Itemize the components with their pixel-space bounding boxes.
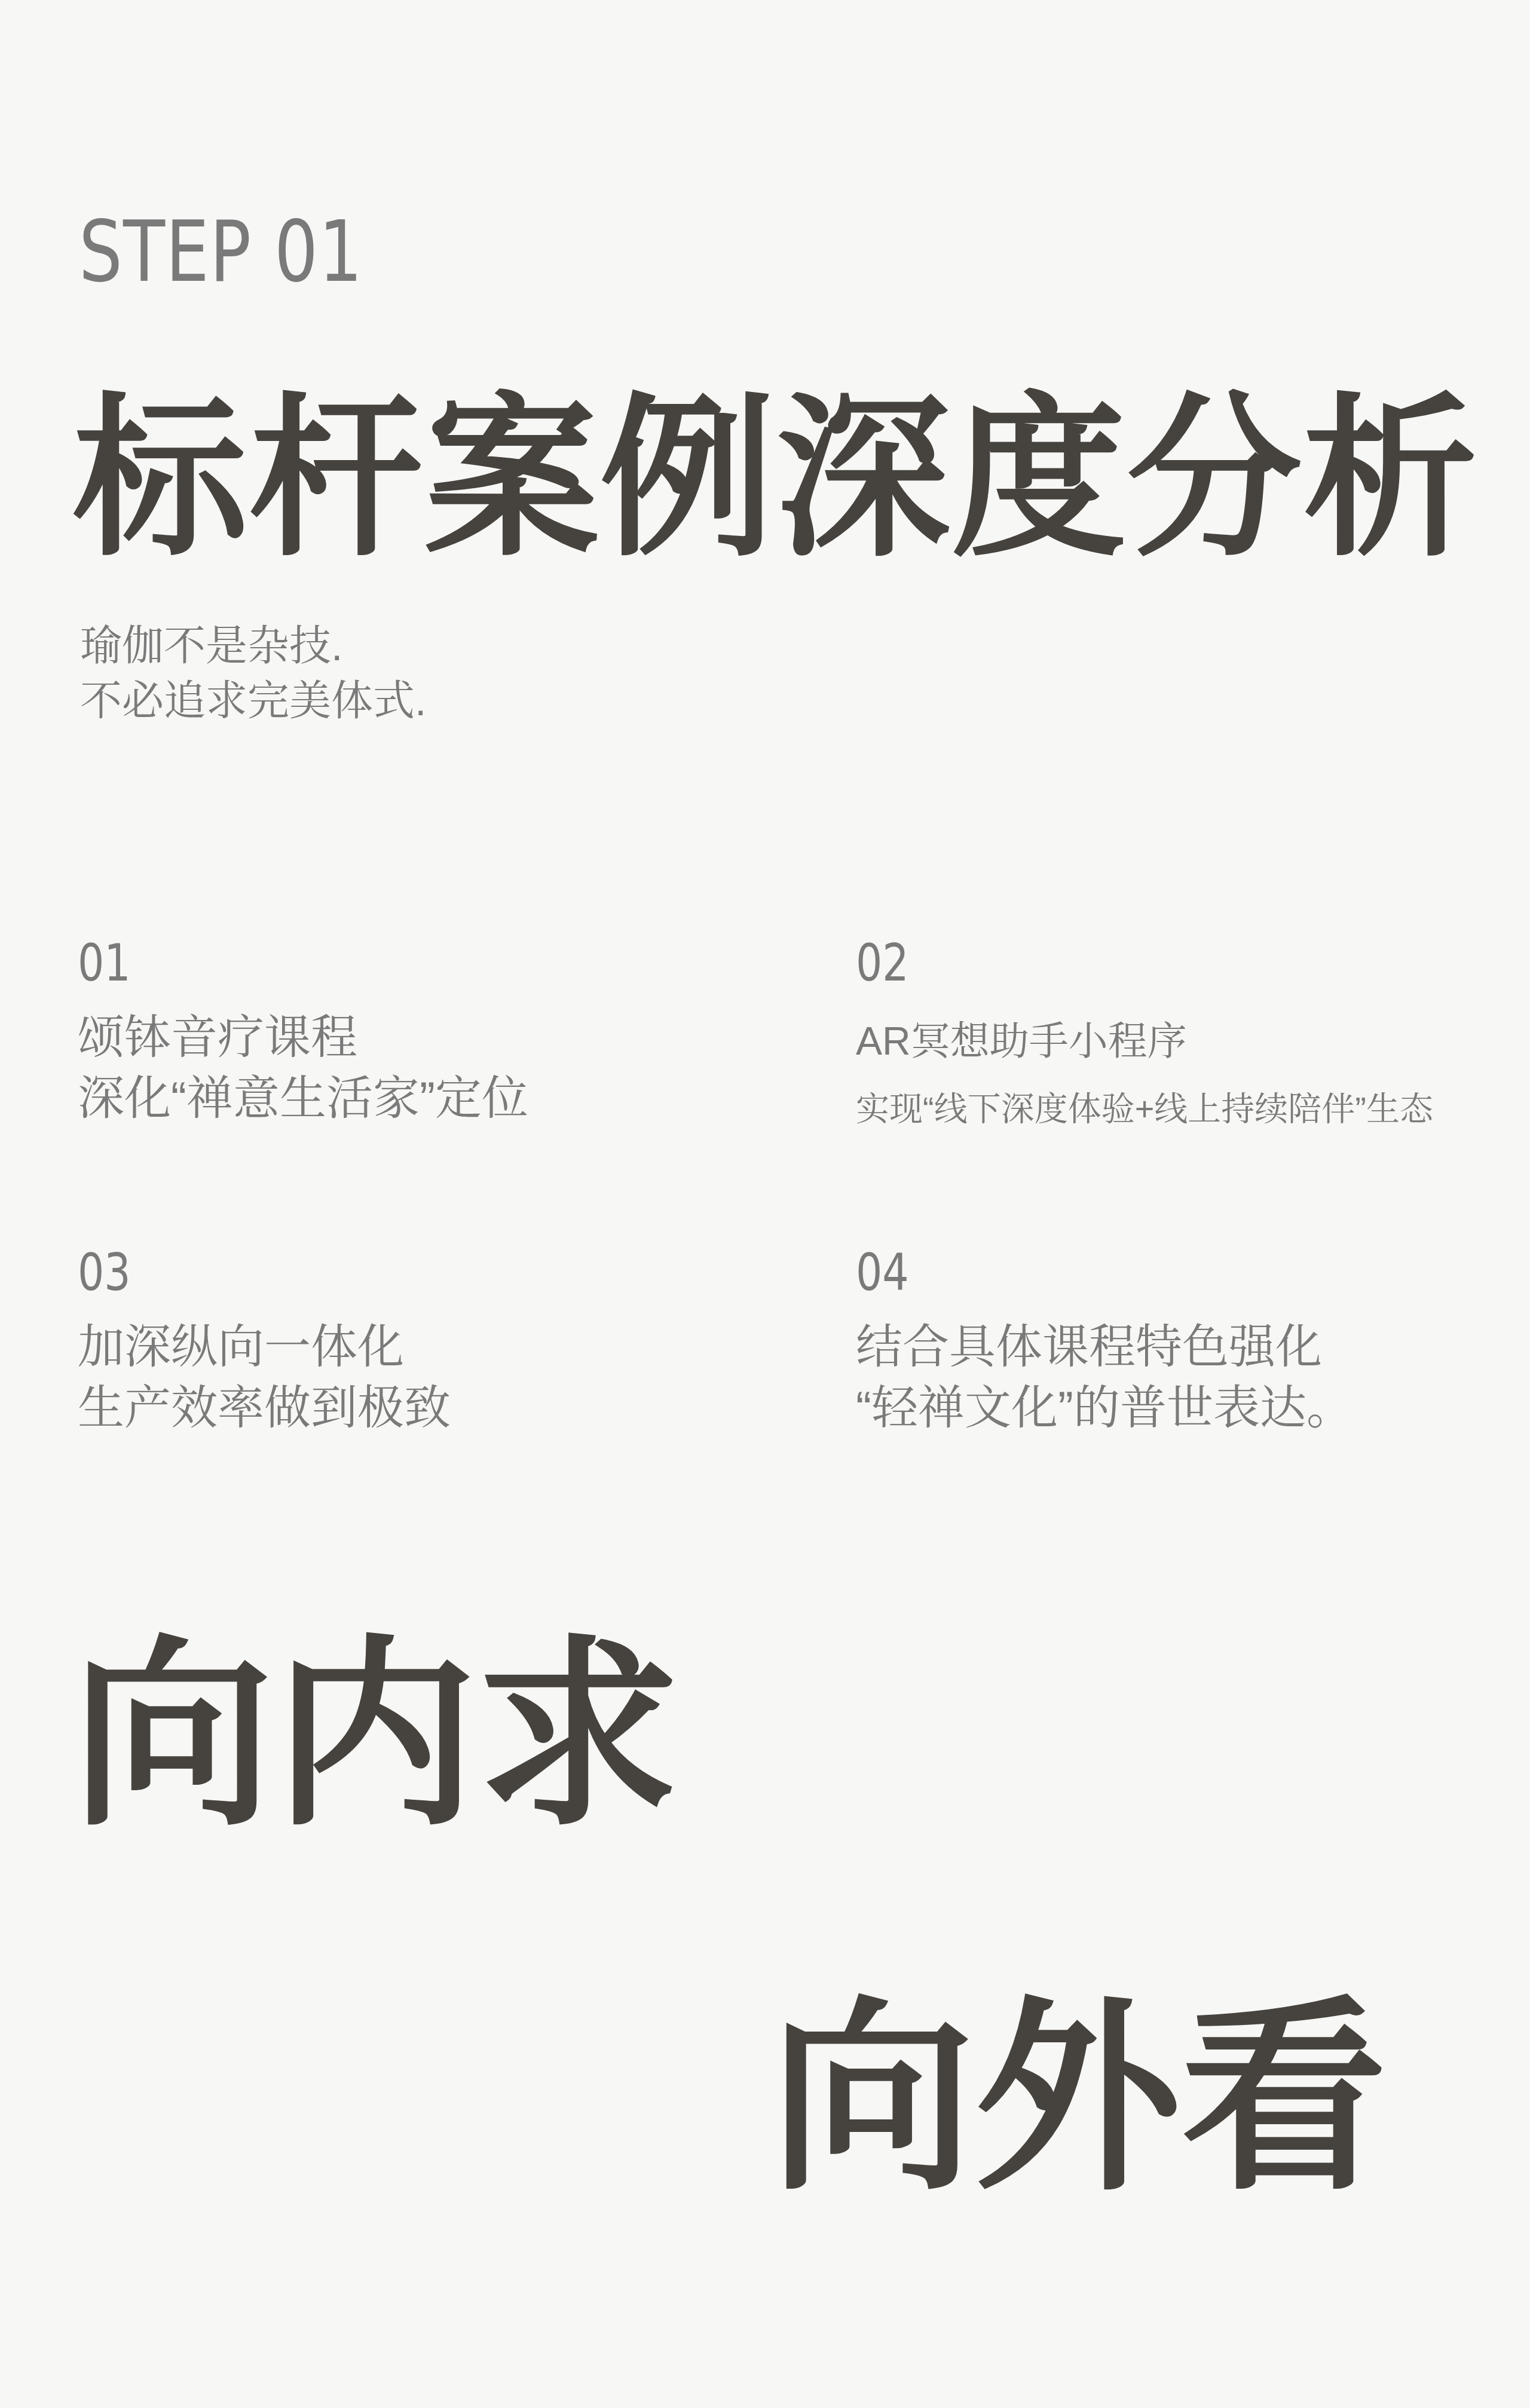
- item-number-03: 03: [78, 1248, 451, 1298]
- item-number-01-text: 01: [78, 938, 131, 989]
- list-item-04: 04 结合具体课程特色强化 “轻禅文化”的普世表达。: [856, 1248, 1353, 1438]
- step-label-text: STEP 01: [79, 211, 363, 295]
- slogan-outward: 向外看: [769, 1996, 1387, 2202]
- item-number-03-text: 03: [78, 1248, 131, 1298]
- item-01-text: 颂钵音疗课程 深化“禅意生活家”定位: [78, 1007, 528, 1129]
- list-item-01: 01 颂钵音疗课程 深化“禅意生活家”定位: [78, 938, 528, 1129]
- item-number-04: 04: [856, 1248, 1353, 1298]
- list-item-03: 03 加深纵向一体化 生产效率做到极致: [78, 1248, 451, 1438]
- item-04-text: 结合具体课程特色强化 “轻禅文化”的普世表达。: [856, 1316, 1353, 1438]
- item-02-line-2: 实现“线下深度体验+线上持续陪伴”生态: [856, 1075, 1433, 1143]
- subtitle-line-2: 不必追求完美体式.: [80, 673, 426, 728]
- page-title: 标杆案例深度分析: [73, 391, 1479, 566]
- step-label: STEP 01: [79, 210, 426, 295]
- item-01-line-2: 深化“禅意生活家”定位: [78, 1068, 528, 1129]
- item-02-text: AR冥想助手小程序 实现“线下深度体验+线上持续陪伴”生态: [856, 1007, 1433, 1143]
- item-04-line-1: 结合具体课程特色强化: [856, 1316, 1353, 1377]
- item-01-line-1: 颂钵音疗课程: [78, 1007, 528, 1068]
- item-03-text: 加深纵向一体化 生产效率做到极致: [78, 1316, 451, 1438]
- item-number-02-text: 02: [856, 938, 909, 989]
- item-04-line-2: “轻禅文化”的普世表达。: [856, 1377, 1353, 1438]
- list-item-02: 02 AR冥想助手小程序 实现“线下深度体验+线上持续陪伴”生态: [856, 938, 1433, 1143]
- subtitle-line-1: 瑜伽不是杂技.: [80, 618, 426, 673]
- item-03-line-1: 加深纵向一体化: [78, 1316, 451, 1377]
- item-02-line-1: AR冥想助手小程序: [856, 1007, 1433, 1075]
- item-number-01: 01: [78, 938, 528, 989]
- slogan-inward: 向内求: [71, 1634, 680, 1837]
- item-number-04-text: 04: [856, 1248, 909, 1298]
- item-number-02: 02: [856, 938, 1433, 989]
- item-03-line-2: 生产效率做到极致: [78, 1377, 451, 1438]
- subtitle: 瑜伽不是杂技. 不必追求完美体式.: [80, 618, 426, 728]
- slide-page: STEP 01 标杆案例深度分析 瑜伽不是杂技. 不必追求完美体式. 01 颂钵…: [0, 0, 1530, 2408]
